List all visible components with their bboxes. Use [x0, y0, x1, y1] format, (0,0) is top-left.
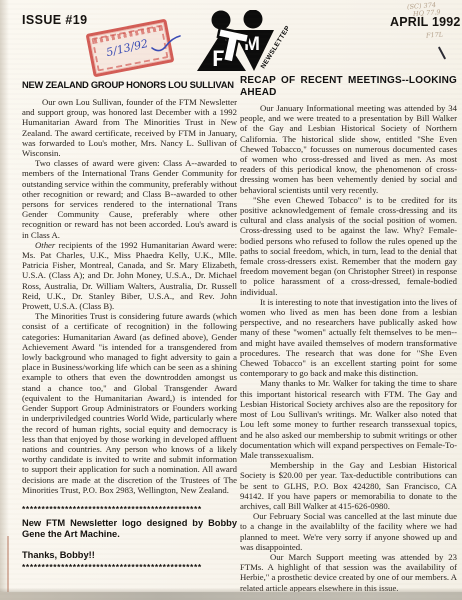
ftm-newsletter-logo: F M NEWSLETTER — [194, 10, 288, 76]
pencil-annotation: F17L — [426, 30, 444, 39]
pen-mark — [438, 46, 446, 59]
page-edge-mark — [7, 536, 9, 594]
left-column: NEW ZEALAND GROUP HONORS LOU SULLIVAN Ou… — [22, 79, 237, 572]
page-edge-bottom — [0, 592, 462, 600]
figure-head-right — [244, 10, 263, 29]
figure-head-left — [212, 11, 231, 30]
paragraph: "She even Chewed Tobacco" is to be credi… — [240, 195, 457, 297]
paragraph-lead-italic: Other — [35, 240, 55, 250]
paragraph: Membership in the Gay and Lesbian Histor… — [240, 460, 457, 511]
page-edge-left — [0, 0, 9, 600]
issue-label: ISSUE #19 — [22, 13, 87, 27]
paragraph: Our February Social was cancelled at the… — [240, 511, 457, 552]
paragraph: Our own Lou Sullivan, founder of the FTM… — [22, 97, 237, 158]
paragraph: Other recipients of the 1992 Humanitaria… — [22, 240, 237, 311]
pen-checkmark — [150, 34, 184, 56]
right-column-heading: RECAP OF RECENT MEETINGS--LOOKING AHEAD — [240, 75, 457, 98]
thanks-note: Thanks, Bobby!! — [22, 550, 237, 561]
asterisk-divider: ****************************************… — [22, 504, 237, 514]
left-column-heading: NEW ZEALAND GROUP HONORS LOU SULLIVAN — [22, 79, 237, 90]
paragraph: Two classes of award were given: Class A… — [22, 158, 237, 240]
paragraph: The Minorities Trust is considering futu… — [22, 311, 237, 495]
stamp-date-handwriting: 5/13/92 — [105, 37, 149, 59]
newsletter-page: ISSUE #19 APRIL 1992 (SC) 374 HQ 77.9 F1… — [0, 0, 462, 600]
paragraph: Our March Support meeting was attended b… — [240, 552, 457, 593]
paragraph-text: recipients of the 1992 Humanitarian Awar… — [22, 240, 237, 311]
asterisk-divider: ****************************************… — [22, 562, 237, 572]
right-column: RECAP OF RECENT MEETINGS--LOOKING AHEAD … — [240, 75, 457, 593]
paragraph: Many thanks to Mr. Walker for taking the… — [240, 378, 457, 460]
paragraph: Our January Informational meeting was at… — [240, 103, 457, 195]
paragraph: It is interesting to note that investiga… — [240, 297, 457, 379]
logo-credit-note: New FTM Newsletter logo designed by Bobb… — [22, 518, 237, 540]
